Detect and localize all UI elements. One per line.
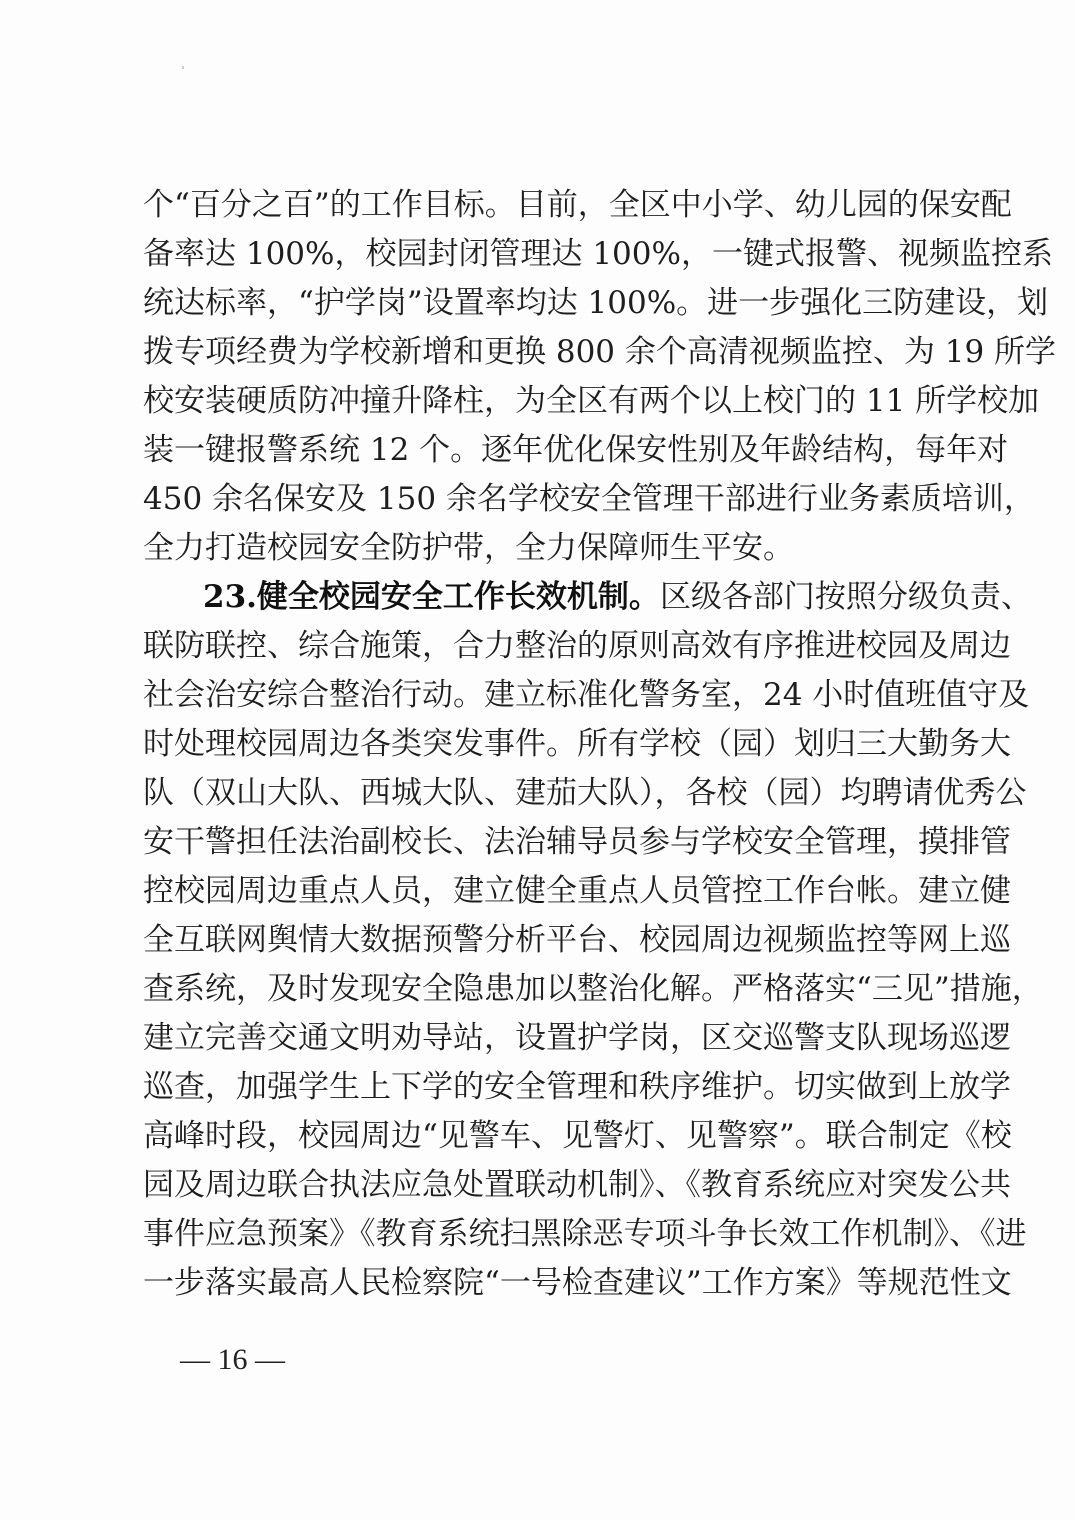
paragraph-2-line-8: 全互联网舆情大数据预警分析平台、校园周边视频监控等网上巡 bbox=[143, 916, 941, 965]
paragraph-1-line-5: 校安装硬质防冲撞升降柱，为全区有两个以上校门的 11 所学校加 bbox=[143, 377, 941, 426]
paragraph-1-line-4: 拨专项经费为学校新增和更换 800 余个高清视频监控、为 19 所学 bbox=[143, 328, 941, 377]
paragraph-1-line-3: 统达标率，“护学岗”设置率均达 100%。进一步强化三防建设，划 bbox=[143, 279, 941, 328]
paragraph-2-first-line: 23.健全校园安全工作长效机制。区级各部门按照分级负责、 bbox=[143, 573, 941, 622]
paragraph-2-line-11: 巡查，加强学生上下学的安全管理和秩序维护。切实做到上放学 bbox=[143, 1063, 941, 1112]
paragraph-2-line-12: 高峰时段，校园周边“见警车、见警灯、见警察”。联合制定《校 bbox=[143, 1112, 941, 1161]
document-page: 个“百分之百”的工作目标。目前，全区中小学、幼儿园的保安配 备率达 100%，校… bbox=[0, 0, 1075, 1520]
page-number: — 16 — bbox=[180, 1343, 285, 1377]
paragraph-2-line-4: 时处理校园周边各类突发事件。所有学校（园）划归三大勤务大 bbox=[143, 720, 941, 769]
paragraph-1-line-6: 装一键报警系统 12 个。逐年优化保安性别及年龄结构，每年对 bbox=[143, 426, 941, 475]
section-heading: 23.健全校园安全工作长效机制。 bbox=[203, 579, 660, 615]
paragraph-2-line-2: 联防联控、综合施策，合力整治的原则高效有序推进校园及周边 bbox=[143, 622, 941, 671]
paragraph-2-line-6: 安干警担任法治副校长、法治辅导员参与学校安全管理，摸排管 bbox=[143, 818, 941, 867]
paragraph-2-line-10: 建立完善交通文明劝导站，设置护学岗，区交巡警支队现场巡逻 bbox=[143, 1014, 941, 1063]
paragraph-1-line-2: 备率达 100%，校园封闭管理达 100%，一键式报警、视频监控系 bbox=[143, 230, 941, 279]
body-text: 个“百分之百”的工作目标。目前，全区中小学、幼儿园的保安配 备率达 100%，校… bbox=[143, 181, 941, 1308]
paragraph-2-first-line-text: 区级各部门按照分级负责、 bbox=[660, 579, 1032, 615]
paragraph-2-line-14: 事件应急预案》《教育系统扫黑除恶专项斗争长效工作机制》、《进 bbox=[143, 1210, 941, 1259]
paragraph-1-line-7: 450 余名保安及 150 余名学校安全管理干部进行业务素质培训， bbox=[143, 475, 941, 524]
scan-speck bbox=[182, 66, 184, 69]
paragraph-2-line-7: 控校园周边重点人员，建立健全重点人员管控工作台帐。建立健 bbox=[143, 867, 941, 916]
paragraph-2-line-5: 队（双山大队、西城大队、建茄大队），各校（园）均聘请优秀公 bbox=[143, 769, 941, 818]
paragraph-2-line-13: 园及周边联合执法应急处置联动机制》、《教育系统应对突发公共 bbox=[143, 1161, 941, 1210]
paragraph-2-line-9: 查系统，及时发现安全隐患加以整治化解。严格落实“三见”措施， bbox=[143, 965, 941, 1014]
paragraph-1-line-8: 全力打造校园安全防护带，全力保障师生平安。 bbox=[143, 524, 941, 573]
paragraph-1-line-1: 个“百分之百”的工作目标。目前，全区中小学、幼儿园的保安配 bbox=[143, 181, 941, 230]
paragraph-2-line-15: 一步落实最高人民检察院“一号检查建议”工作方案》等规范性文 bbox=[143, 1259, 941, 1308]
paragraph-2-line-3: 社会治安综合整治行动。建立标准化警务室，24 小时值班值守及 bbox=[143, 671, 941, 720]
